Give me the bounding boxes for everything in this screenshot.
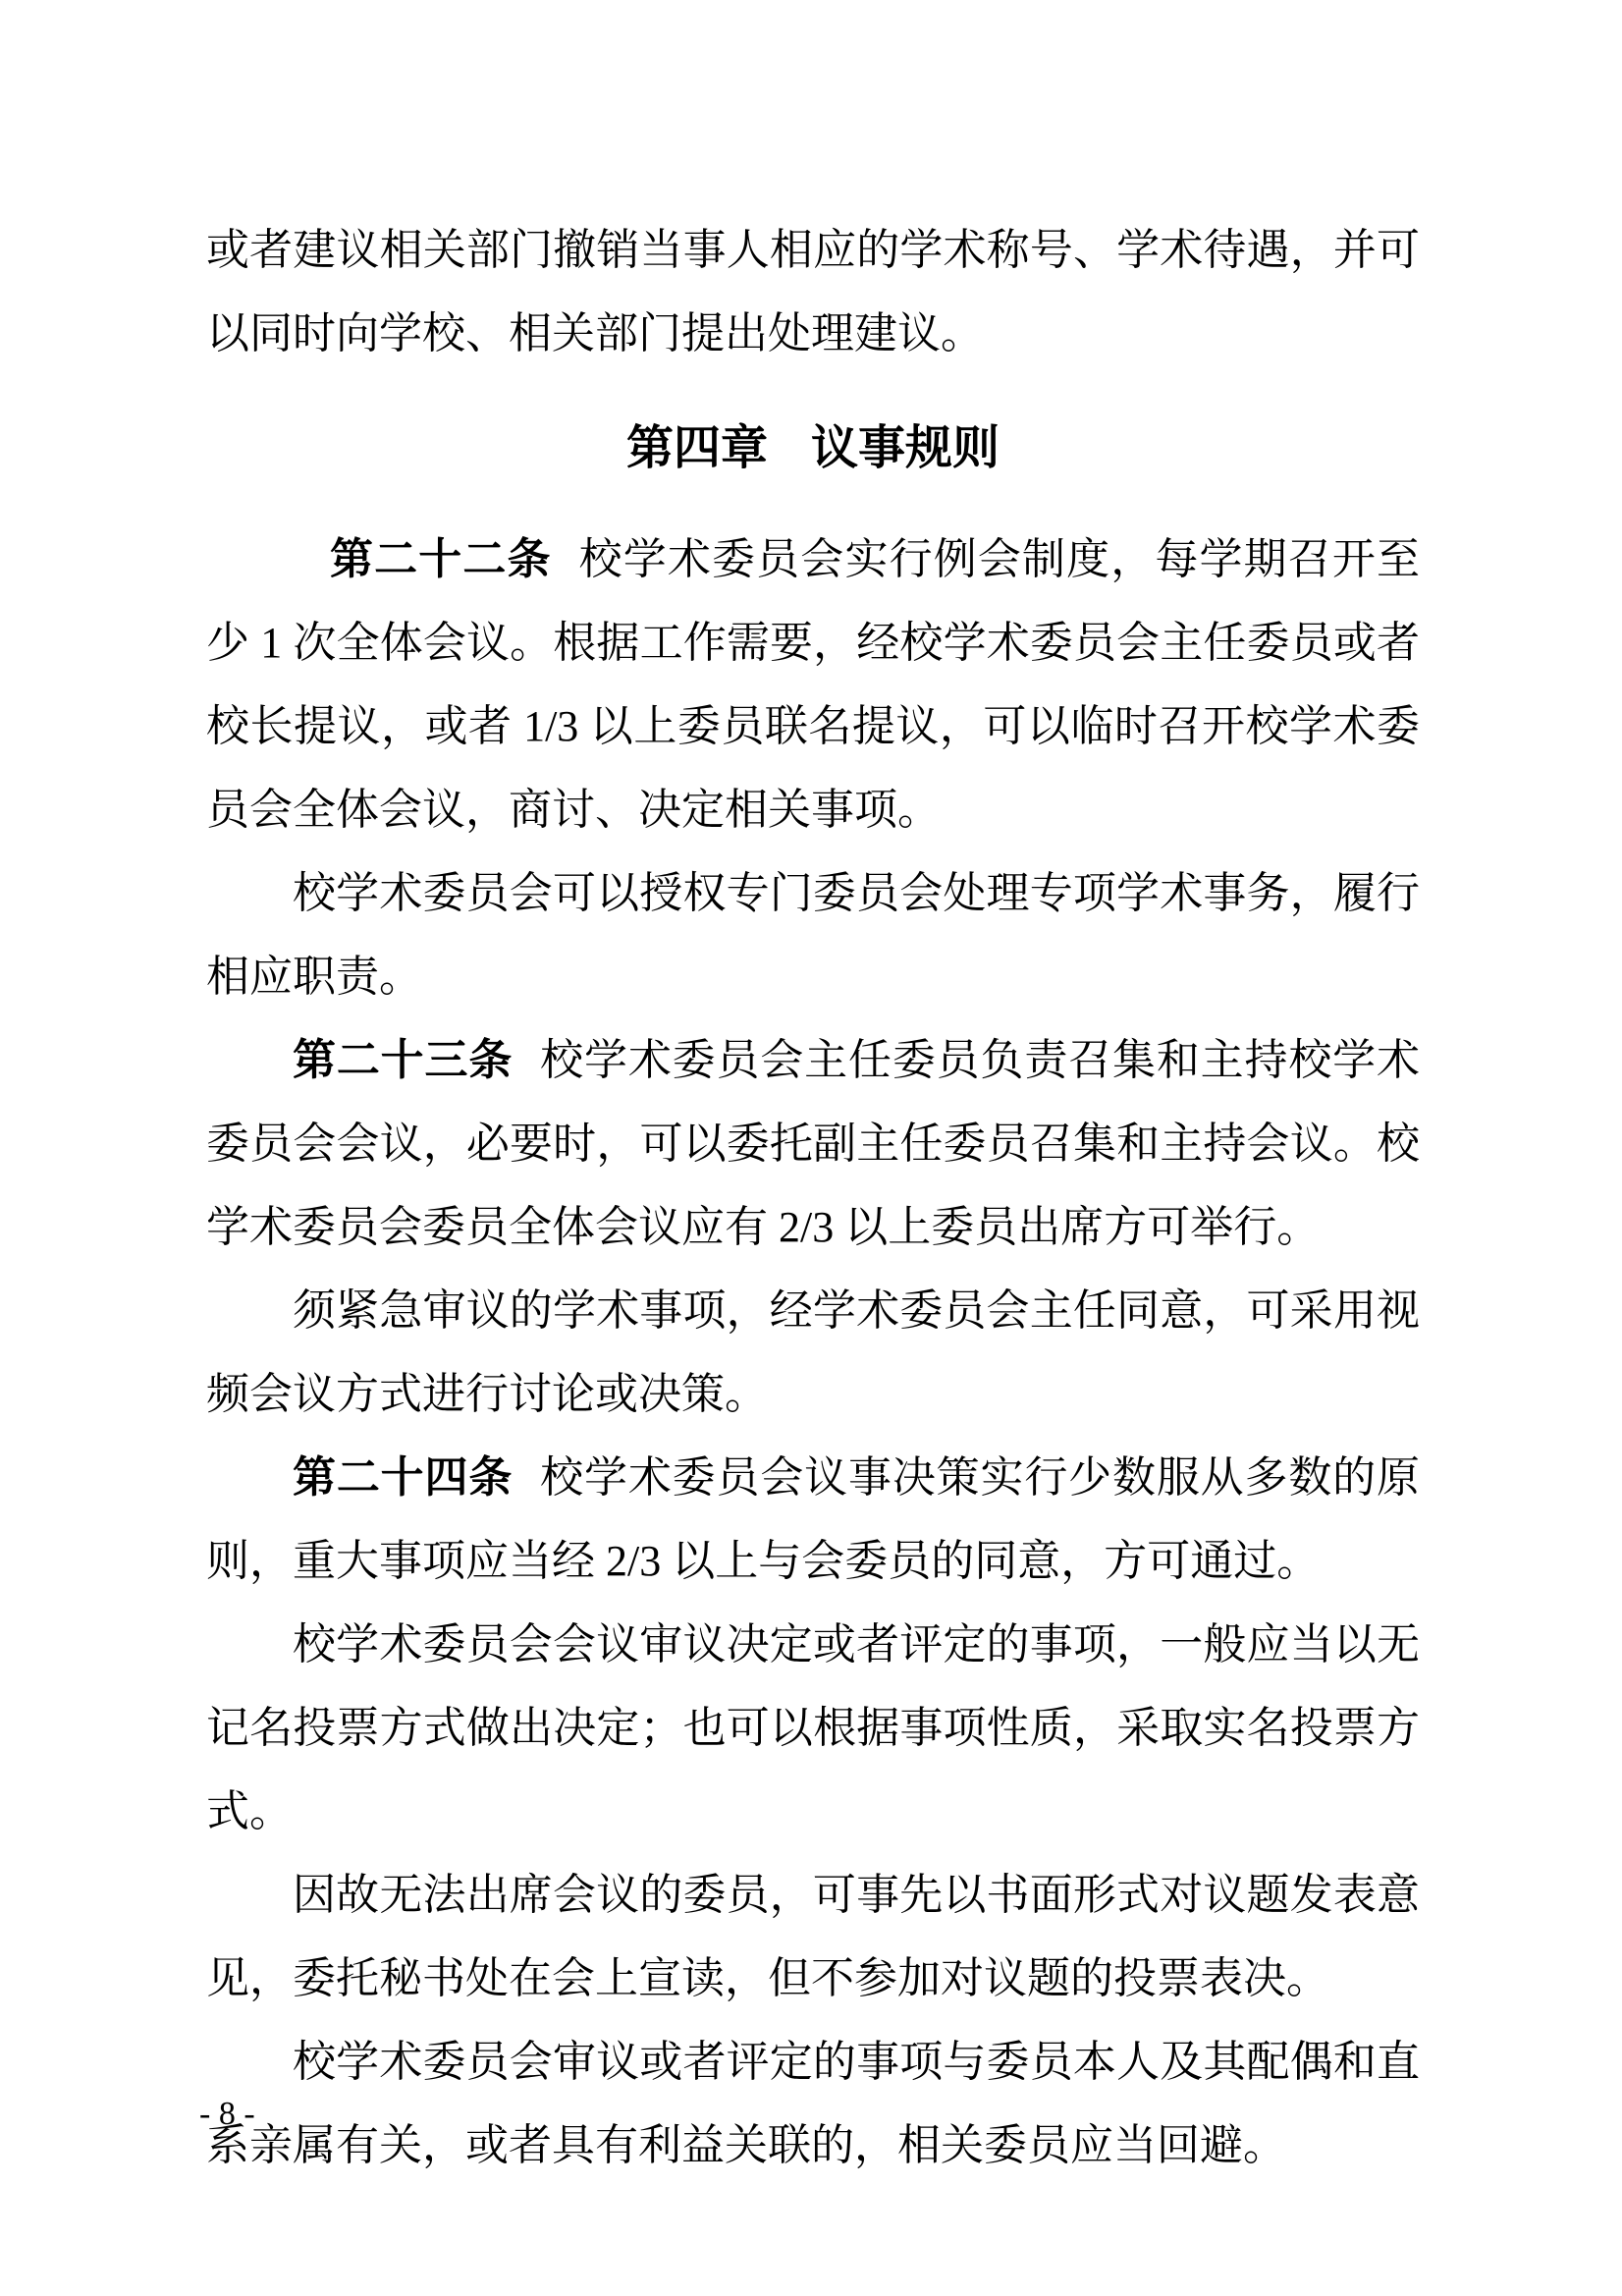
paragraph-article-23: 第二十三条校学术委员会主任委员负责召集和主持校学术委员会会议，必要时，可以委托副…	[206, 1018, 1420, 1269]
paragraph: 须紧急审议的学术事项，经学术委员会主任同意，可采用视频会议方式进行讨论或决策。	[206, 1269, 1420, 1436]
page-number: - 8 -	[199, 2090, 255, 2139]
paragraph: 校学术委员会审议或者评定的事项与委员本人及其配偶和直系亲属有关，或者具有利益关联…	[206, 2020, 1420, 2187]
document-page: 或者建议相关部门撤销当事人相应的学术称号、学术待遇，并可以同时向学校、相关部门提…	[0, 0, 1622, 2296]
article-24-term: 第二十四条	[293, 1453, 513, 1502]
paragraph: 校学术委员会可以授权专门委员会处理专项学术事务，履行相应职责。	[206, 851, 1420, 1018]
article-23-term: 第二十三条	[293, 1036, 513, 1084]
chapter-title: 议事规则	[811, 422, 1000, 474]
paragraph-article-24: 第二十四条校学术委员会议事决策实行少数服从多数的原则，重大事项应当经 2/3 以…	[206, 1436, 1420, 1603]
paragraph-article-22: 第二十二条校学术委员会实行例会制度，每学期召开至少 1 次全体会议。根据工作需要…	[206, 518, 1420, 851]
paragraph: 因故无法出席会议的委员，可事先以书面形式对议题发表意见，委托秘书处在会上宣读，但…	[206, 1853, 1420, 2020]
chapter-heading: 第四章议事规则	[206, 407, 1420, 490]
paragraph-continuation: 或者建议相关部门撤销当事人相应的学术称号、学术待遇，并可以同时向学校、相关部门提…	[206, 208, 1420, 375]
article-22-term: 第二十二条	[330, 535, 552, 583]
paragraph: 校学术委员会会议审议决定或者评定的事项，一般应当以无记名投票方式做出决定；也可以…	[206, 1603, 1420, 1853]
document-body: 或者建议相关部门撤销当事人相应的学术称号、学术待遇，并可以同时向学校、相关部门提…	[206, 208, 1420, 2187]
chapter-label: 第四章	[626, 422, 768, 474]
